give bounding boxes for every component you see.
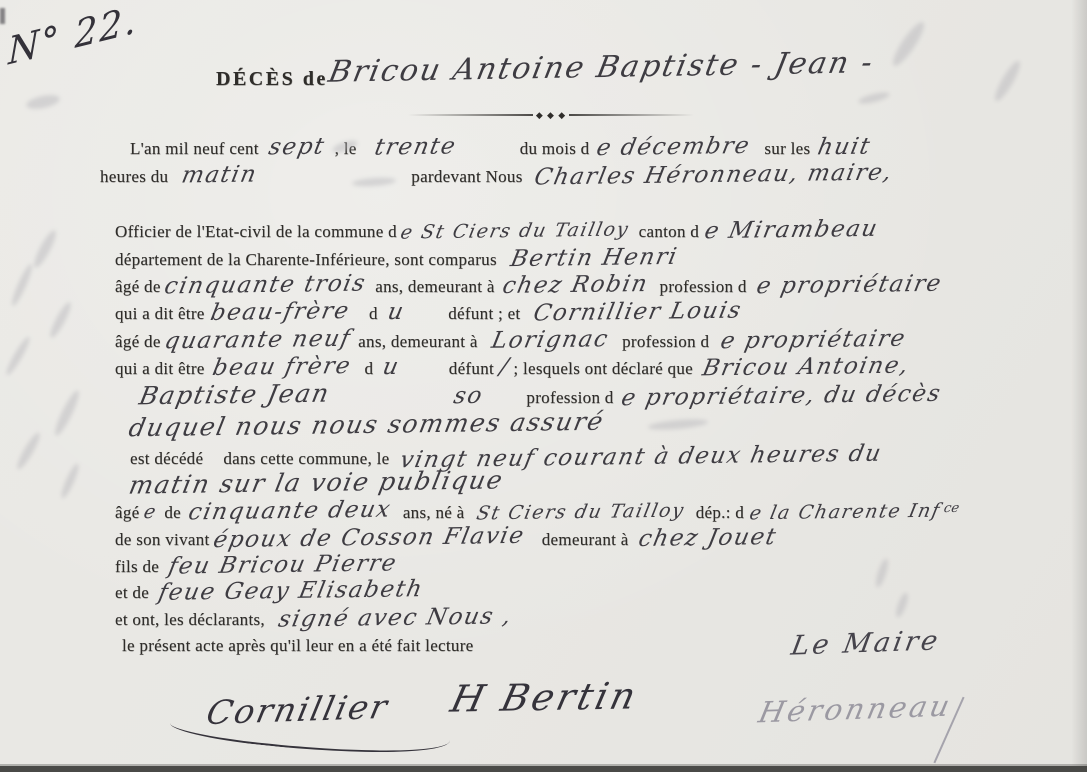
bleedthrough-mark bbox=[858, 90, 891, 106]
bleedthrough-mark bbox=[4, 335, 33, 377]
le-maire-handwritten: Le Maire bbox=[789, 625, 943, 661]
act-title-printed: DÉCÈS de bbox=[216, 68, 328, 91]
handwritten-text: u bbox=[381, 356, 402, 379]
act-line-3: Officier de l'Etat-civil de la commune d… bbox=[115, 219, 878, 242]
printed-text: de bbox=[164, 503, 181, 522]
printed-text: et ont, les déclarants, bbox=[115, 610, 265, 629]
handwritten-text: e propriétaire bbox=[719, 328, 909, 354]
printed-text: pardevant Nous bbox=[411, 167, 522, 186]
printed-text: qui a dit être bbox=[115, 304, 205, 323]
ornament-beads-icon: ◆ ◆ ◆ bbox=[533, 110, 569, 121]
handwritten-text: / bbox=[498, 356, 512, 379]
act-line-2: heures du matin pardevant Nous Charles H… bbox=[100, 164, 892, 187]
handwritten-text: cinquante trois bbox=[162, 273, 368, 299]
handwritten-text: Charles Héronneau, maire, bbox=[532, 162, 894, 190]
handwritten-text: matin sur la voie publique bbox=[127, 467, 506, 497]
act-line-7: âgé de quarante neuf ans, demeurant à Lo… bbox=[115, 329, 906, 352]
printed-text: canton d bbox=[639, 222, 699, 241]
bleedthrough-mark bbox=[991, 58, 1024, 103]
handwritten-text: e décembre bbox=[595, 135, 753, 160]
printed-text: département de la Charente-Inférieure, s… bbox=[115, 250, 497, 269]
printed-text: heures du bbox=[100, 167, 168, 186]
printed-text: profession d bbox=[660, 277, 747, 296]
act-line-16: et de feue Geay Elisabeth bbox=[115, 580, 423, 603]
handwritten-text: huit bbox=[816, 136, 873, 160]
printed-text: défunt ; et bbox=[448, 304, 520, 323]
act-line-8: qui a dit être beau frère d u défunt / ;… bbox=[115, 356, 909, 379]
printed-text: qui a dit être bbox=[115, 359, 205, 378]
handwritten-text: St Ciers du Tailloy bbox=[474, 502, 686, 524]
act-line-5: âgé de cinquante trois ans, demeurant à … bbox=[115, 274, 941, 297]
handwritten-text: Cornillier Louis bbox=[532, 300, 744, 326]
ornament-rule-right bbox=[569, 114, 694, 116]
printed-text: sur les bbox=[764, 139, 810, 158]
printed-text: dans cette commune, le bbox=[223, 449, 389, 468]
printed-text: L'an mil neuf cent bbox=[130, 139, 259, 158]
act-line-15: fils de feu Bricou Pierre bbox=[115, 554, 397, 577]
handwritten-text: époux de Cosson Flavie bbox=[211, 525, 527, 552]
handwritten-text: feu Bricou Pierre bbox=[167, 552, 400, 578]
handwritten-text: e propriétaire, du décès bbox=[619, 383, 943, 410]
printed-text: défunt bbox=[449, 359, 494, 378]
handwritten-text: signé avec Nous , bbox=[276, 605, 514, 631]
act-line-17: et ont, les déclarants, signé avec Nous … bbox=[115, 607, 511, 630]
handwritten-text: sept bbox=[266, 136, 327, 160]
act-line-12: matin sur la voie publique bbox=[130, 470, 503, 496]
ornament-rule-left bbox=[408, 114, 533, 116]
handwritten-text: e la Charente Inf bbox=[748, 502, 943, 524]
printed-text: profession d bbox=[622, 332, 709, 351]
bleedthrough-mark bbox=[59, 462, 82, 500]
bleedthrough-mark bbox=[648, 417, 709, 431]
printed-text: profession d bbox=[526, 388, 613, 407]
handwritten-text: matin bbox=[180, 163, 260, 187]
bleedthrough-mark bbox=[47, 300, 74, 340]
scan-corner-mark bbox=[0, 8, 5, 24]
death-record-scan: N° 22. DÉCÈS de Bricou Antoine Baptiste … bbox=[0, 0, 1087, 772]
handwritten-text: e St Ciers du Tailloy bbox=[399, 220, 631, 242]
act-line-13: âgé e de cinquante deux ans, né à St Cie… bbox=[115, 500, 959, 523]
ornament-divider: ◆ ◆ ◆ bbox=[408, 110, 694, 120]
bleedthrough-mark bbox=[894, 591, 910, 618]
handwritten-text: chez Jouet bbox=[636, 526, 778, 551]
bleedthrough-mark bbox=[14, 431, 43, 472]
handwritten-text: feue Geay Elisabeth bbox=[156, 578, 425, 605]
printed-text: d bbox=[369, 304, 378, 323]
bleedthrough-mark bbox=[889, 19, 929, 69]
signature-bertin: H Bertin bbox=[447, 674, 643, 720]
handwritten-text: e Mirambeau bbox=[703, 218, 881, 243]
handwritten-text: Baptiste Jean bbox=[137, 381, 332, 409]
handwritten-text: Lorignac bbox=[489, 328, 610, 353]
printed-text: fils de bbox=[115, 557, 159, 576]
act-line-1: L'an mil neuf cent sept , le trente du m… bbox=[130, 136, 871, 159]
printed-text: âgé de bbox=[115, 277, 161, 296]
handwritten-text: so bbox=[451, 385, 485, 408]
bleedthrough-mark bbox=[52, 388, 83, 437]
bleedthrough-mark bbox=[25, 93, 61, 112]
handwritten-text: quarante neuf bbox=[162, 328, 353, 354]
printed-text: du mois d bbox=[520, 139, 590, 158]
handwritten-text: trente bbox=[372, 135, 458, 159]
signature-heronneau: Héronneau bbox=[756, 689, 956, 730]
printed-text: âgé de bbox=[115, 332, 161, 351]
printed-text: ans, demeurant à bbox=[358, 332, 478, 351]
handwritten-text: chez Robin bbox=[500, 273, 650, 298]
handwritten-text: u bbox=[386, 301, 407, 324]
act-line-6: qui a dit être beau-frère d u défunt ; e… bbox=[115, 301, 742, 324]
act-line-4: département de la Charente-Inférieure, s… bbox=[115, 247, 677, 270]
printed-text: le présent acte après qu'il leur en a ét… bbox=[122, 636, 474, 655]
handwritten-text: e bbox=[142, 503, 159, 522]
handwritten-text: duquel nous nous sommes assuré bbox=[127, 409, 607, 441]
printed-text: est décédé bbox=[130, 449, 203, 468]
printed-text: d bbox=[365, 359, 374, 378]
bleedthrough-mark bbox=[9, 262, 35, 307]
scan-bottom-edge bbox=[0, 766, 1087, 772]
printed-text: ; lesquels ont déclaré que bbox=[513, 359, 693, 378]
act-line-10: duquel nous nous sommes assuré bbox=[130, 412, 603, 438]
bleedthrough-mark bbox=[874, 557, 891, 588]
handwritten-text: Bricou Antoine, bbox=[700, 355, 911, 381]
handwritten-text: e propriétaire bbox=[754, 273, 944, 299]
printed-text: ans, né à bbox=[403, 503, 465, 522]
deceased-name-handwritten: Bricou Antoine Baptiste - Jean - bbox=[326, 45, 878, 89]
handwritten-text: cinquante deux bbox=[186, 499, 393, 525]
printed-text: et de bbox=[115, 583, 149, 602]
record-number: N° 22. bbox=[8, 0, 138, 74]
handwritten-text: beau-frère bbox=[208, 300, 351, 325]
printed-text: âgé bbox=[115, 503, 140, 522]
act-line-9: Baptiste Jean so profession d e propriét… bbox=[140, 382, 940, 408]
printed-text: de son vivant bbox=[115, 530, 210, 549]
handwritten-text: Bertin Henri bbox=[508, 246, 679, 271]
printed-text: demeurant à bbox=[542, 530, 629, 549]
handwritten-superscript: ce bbox=[943, 502, 961, 515]
act-line-14: de son vivant époux de Cosson Flavie dem… bbox=[115, 527, 776, 550]
printed-text: Officier de l'Etat-civil de la commune d bbox=[115, 222, 397, 241]
bleedthrough-mark bbox=[31, 228, 60, 270]
handwritten-text: beau frère bbox=[210, 355, 353, 380]
printed-text: ans, demeurant à bbox=[375, 277, 495, 296]
printed-text: dép.: d bbox=[696, 503, 744, 522]
page-edge-shadow bbox=[1071, 0, 1087, 772]
act-line-18: le présent acte après qu'il leur en a ét… bbox=[122, 636, 474, 656]
